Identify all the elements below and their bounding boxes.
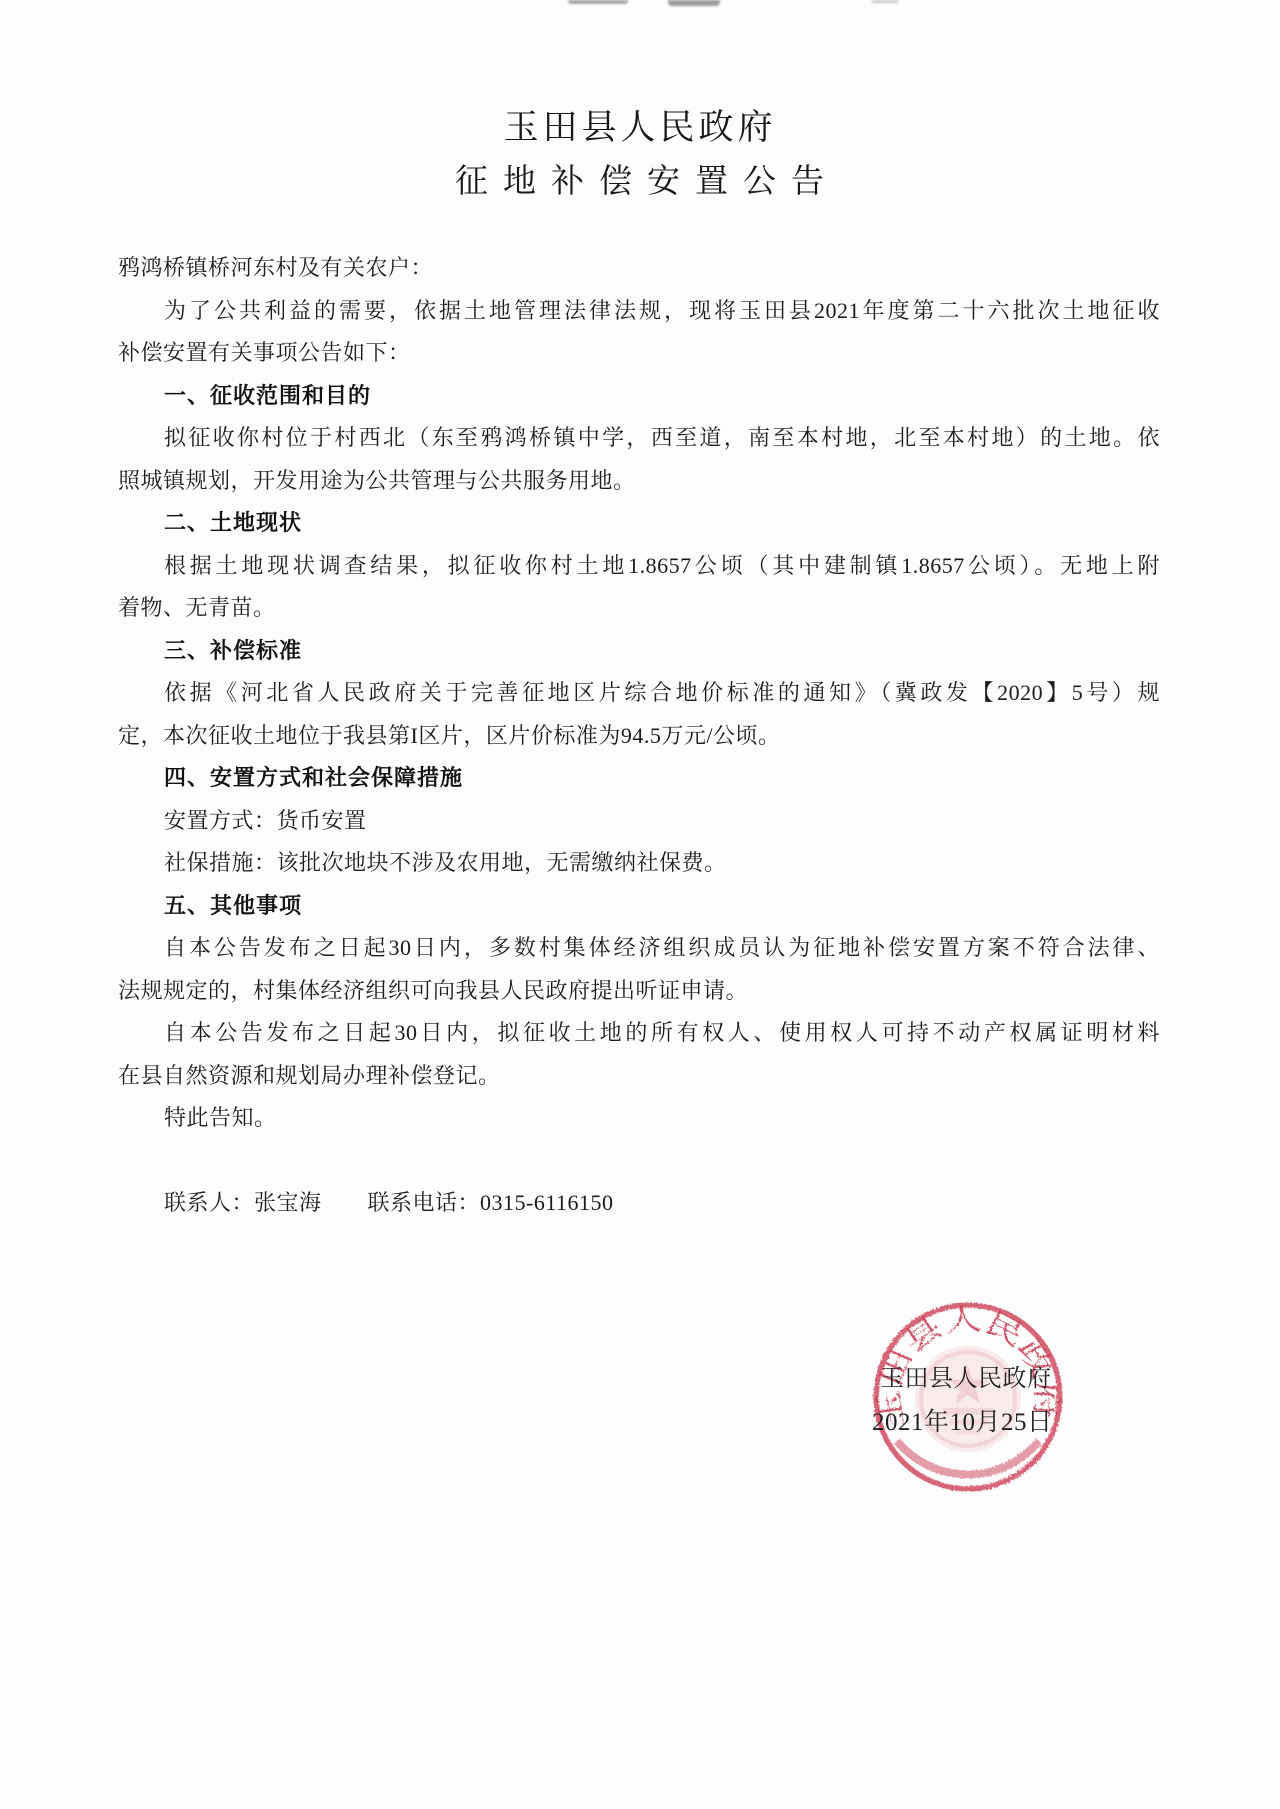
section-heading-2: 二、土地现状: [118, 502, 1160, 545]
body-line: 着物、无青苗。: [118, 587, 1160, 630]
blank-line: [118, 1140, 1160, 1183]
resettlement-method: 安置方式：货币安置: [118, 800, 1160, 843]
body-line: 拟征收你村位于村西北（东至鸦鸿桥镇中学，西至道，南至本村地，北至本村地）的土地。…: [118, 417, 1160, 460]
body-line: 自本公告发布之日起30日内，多数村集体经济组织成员认为征地补偿安置方案不符合法律…: [118, 927, 1160, 970]
body-line: 根据土地现状调查结果，拟征收你村土地1.8657公顷（其中建制镇1.8657公顷…: [118, 545, 1160, 588]
body-line: 在县自然资源和规划局办理补偿登记。: [118, 1055, 1160, 1098]
document-body: 鸦鸿桥镇桥河东村及有关农户： 为了公共利益的需要，依据土地管理法律法规，现将玉田…: [118, 247, 1160, 1225]
body-line: 依据《河北省人民政府关于完善征地区片综合地价标准的通知》（冀政发【2020】5号…: [118, 672, 1160, 715]
body-line: 照城镇规划，开发用途为公共管理与公共服务用地。: [118, 460, 1160, 503]
body-line: 为了公共利益的需要，依据土地管理法律法规，现将玉田县2021年度第二十六批次土地…: [118, 290, 1160, 333]
official-seal: 玉田县人民政府: [867, 1296, 1069, 1498]
contact-person-name: 张宝海: [254, 1190, 322, 1215]
contact-phone-number: 0315-6116150: [480, 1190, 614, 1215]
body-line: 补偿安置有关事项公告如下：: [118, 332, 1160, 375]
scan-artifact: [668, 0, 720, 6]
official-seal-graphic: 玉田县人民政府: [867, 1296, 1069, 1498]
section-heading-5: 五、其他事项: [118, 885, 1160, 928]
contact-person-label: 联系人：: [164, 1190, 254, 1215]
section-heading-3: 三、补偿标准: [118, 630, 1160, 673]
section-heading-1: 一、征收范围和目的: [118, 375, 1160, 418]
contact-line: 联系人：张宝海联系电话：0315-6116150: [118, 1182, 1160, 1225]
announcement-document: 玉田县人民政府 征地补偿安置公告 鸦鸿桥镇桥河东村及有关农户： 为了公共利益的需…: [0, 0, 1280, 1809]
section-heading-4: 四、安置方式和社会保障措施: [118, 757, 1160, 800]
social-security-note: 社保措施：该批次地块不涉及农用地，无需缴纳社保费。: [118, 842, 1160, 885]
body-line: 定，本次征收土地位于我县第I区片，区片价标准为94.5万元/公顷。: [118, 715, 1160, 758]
scan-artifact: [872, 0, 898, 3]
closing-line: 特此告知。: [118, 1097, 1160, 1140]
salutation: 鸦鸿桥镇桥河东村及有关农户：: [118, 247, 1160, 290]
document-title-subject: 征地补偿安置公告: [14, 155, 1280, 202]
body-line: 法规规定的，村集体经济组织可向我县人民政府提出听证申请。: [118, 970, 1160, 1013]
signature-date: 2021年10月25日: [872, 1402, 1053, 1438]
contact-phone-label: 联系电话：: [368, 1190, 481, 1215]
document-title-issuer: 玉田县人民政府: [0, 100, 1280, 150]
signature-issuer: 玉田县人民政府: [880, 1358, 1052, 1393]
body-line: 自本公告发布之日起30日内，拟征收土地的所有权人、使用权人可持不动产权属证明材料: [118, 1012, 1160, 1055]
scan-artifact: [568, 0, 628, 4]
